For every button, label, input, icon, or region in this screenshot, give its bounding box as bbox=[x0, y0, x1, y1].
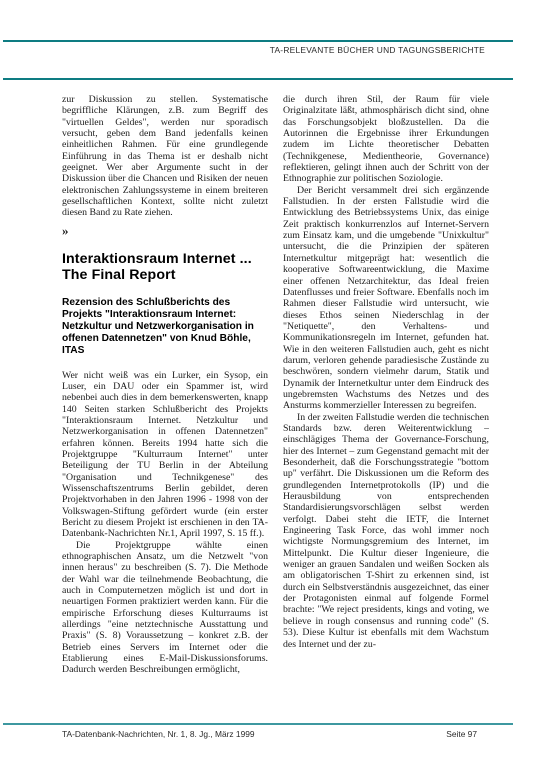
page-header-section-label: TA-RELEVANTE BÜCHER UND TAGUNGSBERICHTE bbox=[270, 45, 485, 55]
right-column: die durch ihren Stil, der Raum für viele… bbox=[283, 94, 489, 710]
article-subtitle: Rezension des Schlußberichts des Projekt… bbox=[62, 297, 268, 357]
header-top-rule bbox=[3, 40, 513, 42]
paragraph-intro: Wer nicht weiß was ein Lurker, ein Sysop… bbox=[62, 370, 268, 540]
paragraph-method: Die Projektgruppe wählte einen ethnograp… bbox=[62, 540, 268, 676]
paragraph-fallstudie1: Der Bericht versammelt drei sich ergänze… bbox=[283, 185, 489, 412]
footer-rule bbox=[3, 723, 513, 725]
article-title-line2: The Final Report bbox=[62, 267, 268, 284]
paragraph-style: die durch ihren Stil, der Raum für viele… bbox=[283, 94, 489, 185]
article-title: Interaktionsraum Internet ... The Final … bbox=[62, 251, 268, 284]
subtitle-spacer bbox=[62, 357, 268, 370]
paragraph-fallstudie2: In der zweiten Fallstudie werden die tec… bbox=[283, 412, 489, 650]
previous-article-closing-paragraph: zur Diskussion zu stellen. Systematische… bbox=[62, 94, 268, 219]
left-column: zur Diskussion zu stellen. Systematische… bbox=[62, 94, 268, 710]
footer-page-number: Seite 97 bbox=[446, 729, 477, 739]
article-end-mark: » bbox=[62, 224, 268, 238]
footer-journal-info: TA-Datenbank-Nachrichten, Nr. 1, 8. Jg.,… bbox=[62, 729, 255, 739]
article-title-line1: Interaktionsraum Internet ... bbox=[62, 251, 268, 268]
header-bottom-rule bbox=[3, 78, 513, 80]
article-body: zur Diskussion zu stellen. Systematische… bbox=[62, 94, 489, 710]
